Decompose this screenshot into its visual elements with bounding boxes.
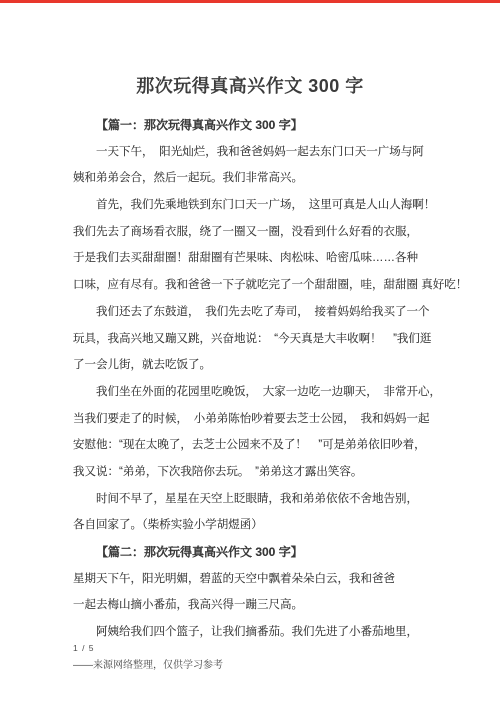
text-line: 一起去梅山摘小番茄，我高兴得一蹦三尺高。 xyxy=(73,592,473,619)
page-number: 1 / 5 xyxy=(73,643,223,653)
text-line: 我们还去了东鼓道， 我们先去吃了寿司， 接着妈妈给我买了一个 xyxy=(73,299,473,326)
text-line: 各自回家了。（柴桥实验小学胡煜函） xyxy=(73,512,473,539)
text-line: 首先，我们先乘地铁到东门口天一广场， 这里可真是人山人海啊！ xyxy=(73,192,473,219)
text-line: 口味，应有尽有。我和爸爸一下子就吃完了一个甜甜圈，哇，甜甜圈 真好吃！ xyxy=(73,272,473,299)
source-note: ——来源网络整理，仅供学习参考 xyxy=(73,656,223,671)
page-footer: 1 / 5 ——来源网络整理，仅供学习参考 xyxy=(73,643,223,671)
text-line: 阿姨给我们四个篮子，让我们摘番茄。我们先进了小番茄地里， xyxy=(73,619,473,646)
text-line: 时间不早了，星星在天空上眨眼睛，我和弟弟依依不舍地告别， xyxy=(73,486,473,513)
text-line: 安慰他：“现在太晚了，去芝士公园来不及了！ ”可是弟弟依旧吵着， xyxy=(73,432,473,459)
text-line: 玩具，我高兴地又蹦又跳，兴奋地说： “今天真是大丰收啊！ ”我们逛 xyxy=(73,326,473,353)
section-heading: 【篇二：那次玩得真高兴作文 300 字】 xyxy=(73,539,473,566)
text-line: 一天下午， 阳光灿烂，我和爸爸妈妈一起去东门口天一广场与阿 xyxy=(73,139,473,166)
essay-body: 【篇一：那次玩得真高兴作文 300 字】一天下午， 阳光灿烂，我和爸爸妈妈一起去… xyxy=(73,112,473,646)
section-heading: 【篇一：那次玩得真高兴作文 300 字】 xyxy=(73,112,473,139)
text-line: 星期天下午，阳光明媚，碧蓝的天空中飘着朵朵白云，我和爸爸 xyxy=(73,566,473,593)
text-line: 我又说：“弟弟，下次我陪你去玩。 ”弟弟这才露出笑容。 xyxy=(73,459,473,486)
text-line: 我们先去了商场看衣服，绕了一圈又一圈，没看到什么好看的衣服， xyxy=(73,219,473,246)
document-page: 那次玩得真高兴作文 300 字 【篇一：那次玩得真高兴作文 300 字】一天下午… xyxy=(0,0,500,708)
text-line: 了一会儿街，就去吃饭了。 xyxy=(73,352,473,379)
top-accent-line xyxy=(0,0,500,3)
page-title: 那次玩得真高兴作文 300 字 xyxy=(0,72,500,98)
text-line: 我们坐在外面的花园里吃晚饭， 大家一边吃一边聊天， 非常开心， xyxy=(73,379,473,406)
text-line: 当我们要走了的时候， 小弟弟陈怡吵着要去芝士公园， 我和妈妈一起 xyxy=(73,406,473,433)
text-line: 姨和弟弟会合，然后一起玩。我们非常高兴。 xyxy=(73,165,473,192)
text-line: 于是我们去买甜甜圈！甜甜圈有芒果味、肉松味、哈密瓜味……各种 xyxy=(73,245,473,272)
